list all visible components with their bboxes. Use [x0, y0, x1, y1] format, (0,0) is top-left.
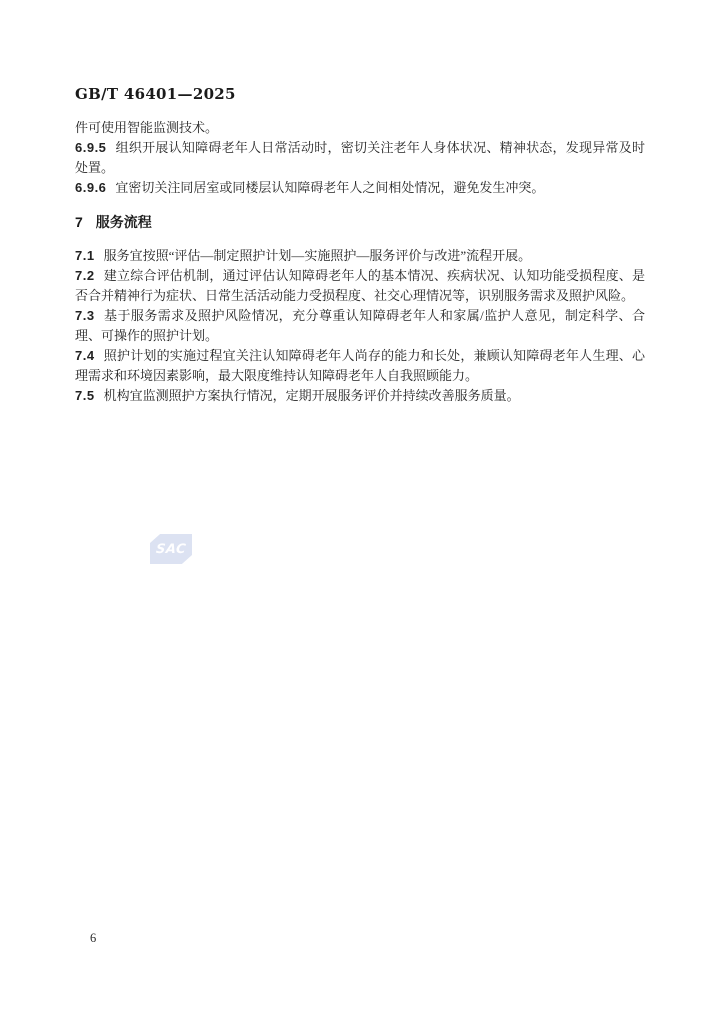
clause-text: 照护计划的实施过程宜关注认知障碍老年人尚存的能力和长处，兼顾认知障碍老年人生理、…	[75, 348, 645, 383]
paragraph-continuation-text: 件可使用智能监测技术。	[75, 120, 218, 135]
sac-watermark-text: SAC	[155, 542, 187, 557]
clause-number: 7.1	[75, 248, 95, 263]
clause-6-9-5: 6.9.5组织开展认知障碍老年人日常活动时，密切关注老年人身体状况、精神状态，发…	[75, 138, 645, 178]
clause-6-9-6: 6.9.6宜密切关注同居室或同楼层认知障碍老年人之间相处情况，避免发生冲突。	[75, 178, 645, 198]
document-body: 件可使用智能监测技术。 6.9.5组织开展认知障碍老年人日常活动时，密切关注老年…	[75, 118, 645, 406]
clause-7-1: 7.1服务宜按照“评估—制定照护计划—实施照护—服务评价与改进”流程开展。	[75, 246, 645, 266]
document-page: GB/T 46401—2025 件可使用智能监测技术。 6.9.5组织开展认知障…	[0, 0, 720, 1018]
sac-watermark-logo: SAC	[150, 534, 192, 564]
clause-number: 6.9.6	[75, 180, 106, 195]
paragraph-continuation: 件可使用智能监测技术。	[75, 118, 645, 138]
section-number: 7	[75, 214, 83, 230]
clause-7-4: 7.4照护计划的实施过程宜关注认知障碍老年人尚存的能力和长处，兼顾认知障碍老年人…	[75, 346, 645, 386]
clause-7-5: 7.5机构宜监测照护方案执行情况，定期开展服务评价并持续改善服务质量。	[75, 386, 645, 406]
clause-text: 机构宜监测照护方案执行情况，定期开展服务评价并持续改善服务质量。	[104, 388, 520, 403]
clause-text: 建立综合评估机制，通过评估认知障碍老年人的基本情况、疾病状况、认知功能受损程度、…	[75, 268, 645, 303]
clause-7-3: 7.3基于服务需求及照护风险情况，充分尊重认知障碍老年人和家属/监护人意见，制定…	[75, 306, 645, 346]
clause-number: 7.4	[75, 348, 95, 363]
clause-number: 7.2	[75, 268, 95, 283]
standard-number-header: GB/T 46401—2025	[75, 85, 236, 103]
clause-number: 7.3	[75, 308, 95, 323]
section-heading: 7服务流程	[75, 212, 645, 232]
clause-text: 基于服务需求及照护风险情况，充分尊重认知障碍老年人和家属/监护人意见，制定科学、…	[75, 308, 645, 343]
page-number: 6	[90, 931, 96, 946]
clause-text: 组织开展认知障碍老年人日常活动时，密切关注老年人身体状况、精神状态，发现异常及时…	[75, 140, 645, 175]
clause-text: 服务宜按照“评估—制定照护计划—实施照护—服务评价与改进”流程开展。	[104, 248, 532, 263]
clause-7-2: 7.2建立综合评估机制，通过评估认知障碍老年人的基本情况、疾病状况、认知功能受损…	[75, 266, 645, 306]
section-title: 服务流程	[96, 214, 152, 230]
clause-text: 宜密切关注同居室或同楼层认知障碍老年人之间相处情况，避免发生冲突。	[115, 180, 544, 195]
clause-number: 6.9.5	[75, 140, 106, 155]
clause-number: 7.5	[75, 388, 95, 403]
